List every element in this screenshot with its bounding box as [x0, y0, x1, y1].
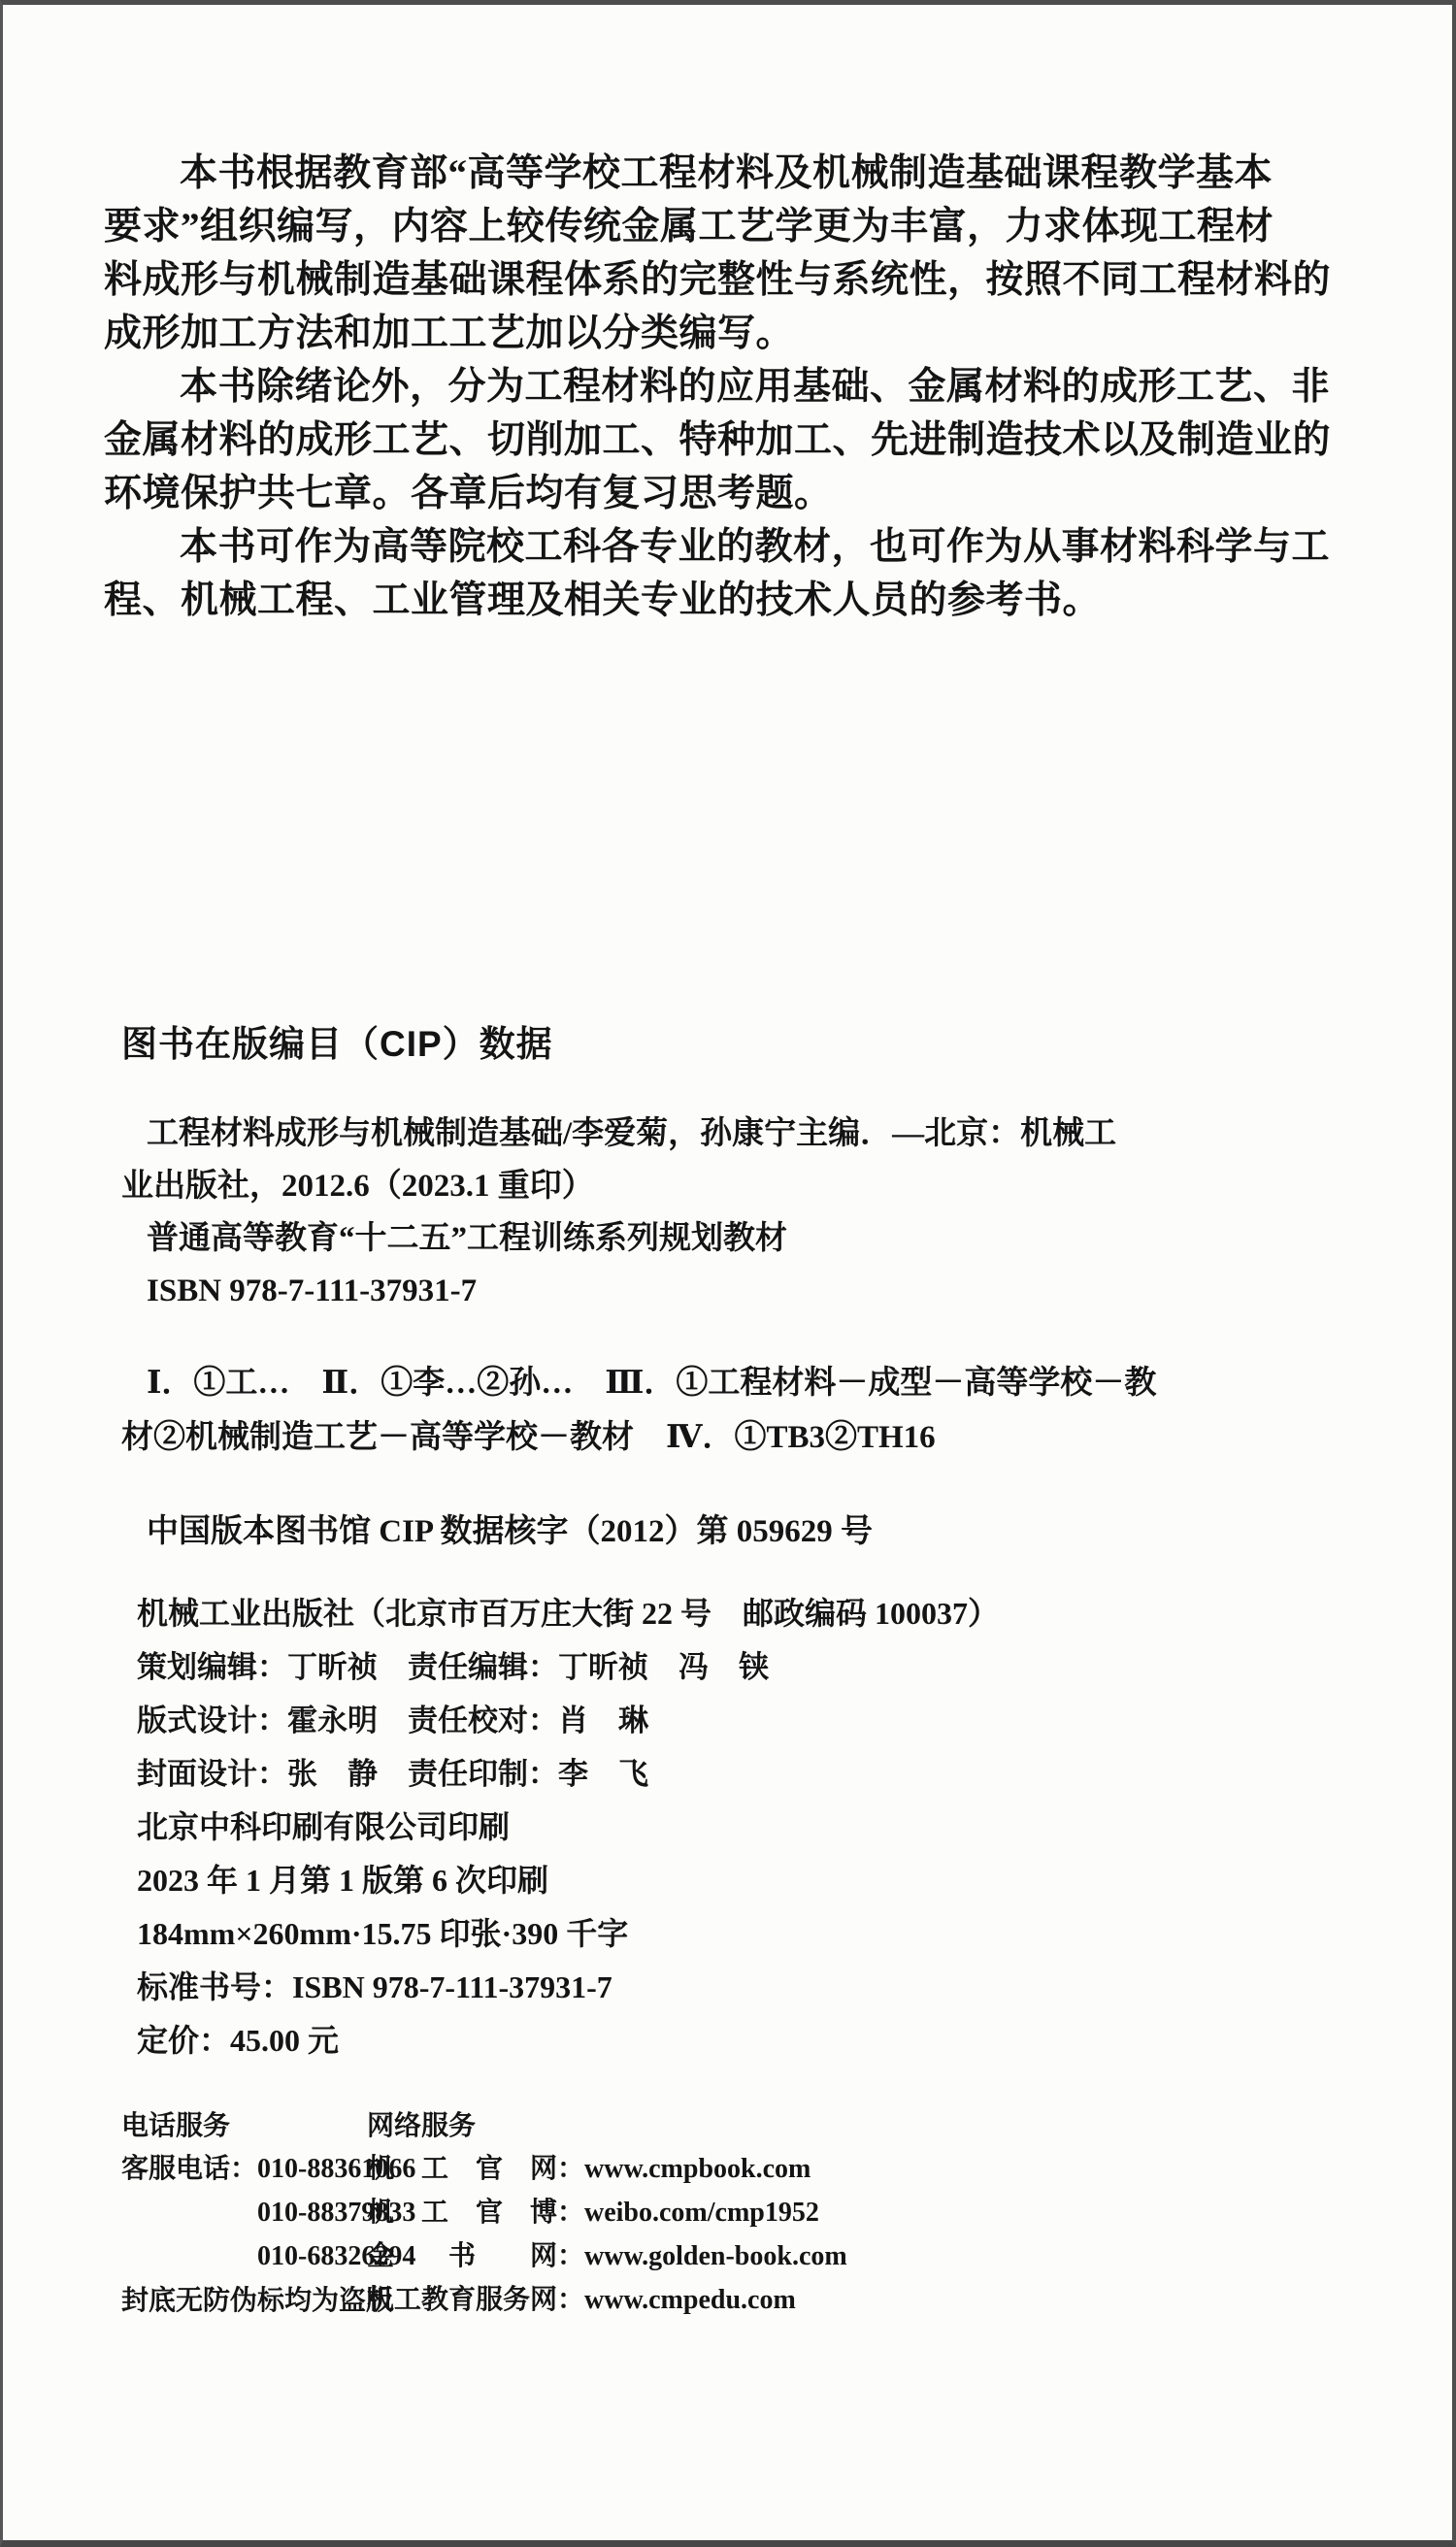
- intro-line: 金属材料的成形工艺、切削加工、特种加工、先进制造技术以及制造业的: [104, 413, 1366, 467]
- network-row: 金 书 网：www.golden-book.com: [367, 2234, 1046, 2278]
- intro-line: 环境保护共七章。各章后均有复习思考题。: [104, 467, 1366, 520]
- network-row: 机工教育服务网：www.cmpedu.com: [367, 2278, 1046, 2322]
- staff-line: 封面设计：张 静 责任印制：李 飞: [137, 1747, 1399, 1801]
- price-line: 定价：45.00 元: [137, 2014, 1399, 2067]
- network-service-header: 网络服务: [367, 2103, 1046, 2147]
- cip-classification: Ⅰ．①工… Ⅱ．①李…②孙… Ⅲ．①工程材料－成型－高等学校－教 材②机械制造工…: [121, 1356, 1383, 1465]
- staff-line: 版式设计：霍永明 责任校对：肖 琳: [137, 1694, 1399, 1747]
- network-row: 机 工 官 博：weibo.com/cmp1952: [367, 2191, 1046, 2234]
- intro-line: 程、机械工程、工业管理及相关专业的技术人员的参考书。: [104, 574, 1366, 627]
- intro-line: 料成形与机械制造基础课程体系的完整性与系统性，按照不同工程材料的: [104, 253, 1366, 307]
- cip-line: 工程材料成形与机械制造基础/李爱菊，孙康宁主编．—北京：机械工: [121, 1108, 1383, 1160]
- format-line: 184mm×260mm·15.75 印张·390 千字: [137, 1907, 1399, 1961]
- cip-heading: 图书在版编目（CIP）数据: [121, 1014, 553, 1067]
- publisher-line: 机械工业出版社（北京市百万庄大街 22 号 邮政编码 100037）: [137, 1587, 1399, 1640]
- cip-class-line: Ⅰ．①工… Ⅱ．①李…②孙… Ⅲ．①工程材料－成型－高等学校－教: [121, 1356, 1383, 1410]
- isbn-line: 标准书号：ISBN 978-7-111-37931-7: [137, 1961, 1399, 2014]
- cip-line: 业出版社，2012.6（2023.1 重印）: [121, 1160, 1383, 1212]
- book-copyright-page: 本书根据教育部“高等学校工程材料及机械制造基础课程教学基本 要求”组织编写，内容…: [0, 0, 1456, 2547]
- cip-isbn-line: ISBN 978-7-111-37931-7: [121, 1265, 1383, 1317]
- staff-line: 策划编辑：丁昕祯 责任编辑：丁昕祯 冯 铗: [137, 1640, 1399, 1694]
- network-service-section: 网络服务 机 工 官 网：www.cmpbook.com 机 工 官 博：wei…: [367, 2103, 1046, 2322]
- intro-line: 本书除绪论外，分为工程材料的应用基础、金属材料的成形工艺、非: [104, 360, 1366, 413]
- intro-line: 成形加工方法和加工工艺加以分类编写。: [104, 307, 1366, 360]
- intro-paragraphs: 本书根据教育部“高等学校工程材料及机械制造基础课程教学基本 要求”组织编写，内容…: [104, 147, 1366, 627]
- intro-line: 本书根据教育部“高等学校工程材料及机械制造基础课程教学基本: [104, 147, 1366, 200]
- cip-class-line: 材②机械制造工艺－高等学校－教材 Ⅳ．①TB3②TH16: [121, 1410, 1383, 1465]
- colophon: 机械工业出版社（北京市百万庄大街 22 号 邮政编码 100037） 策划编辑：…: [137, 1587, 1399, 2067]
- cip-line: 普通高等教育“十二五”工程训练系列规划教材: [121, 1212, 1383, 1265]
- cip-bibliography: 工程材料成形与机械制造基础/李爱菊，孙康宁主编．—北京：机械工 业出版社，201…: [121, 1108, 1383, 1317]
- intro-line: 本书可作为高等院校工科各专业的教材，也可作为从事材料科学与工: [104, 520, 1366, 574]
- edition-line: 2023 年 1 月第 1 版第 6 次印刷: [137, 1854, 1399, 1907]
- cip-record-number: 中国版本图书馆 CIP 数据核字（2012）第 059629 号: [121, 1505, 1383, 1551]
- intro-line: 要求”组织编写，内容上较传统金属工艺学更为丰富，力求体现工程材: [104, 200, 1366, 253]
- network-row: 机 工 官 网：www.cmpbook.com: [367, 2147, 1046, 2191]
- printer-line: 北京中科印刷有限公司印刷: [137, 1801, 1399, 1854]
